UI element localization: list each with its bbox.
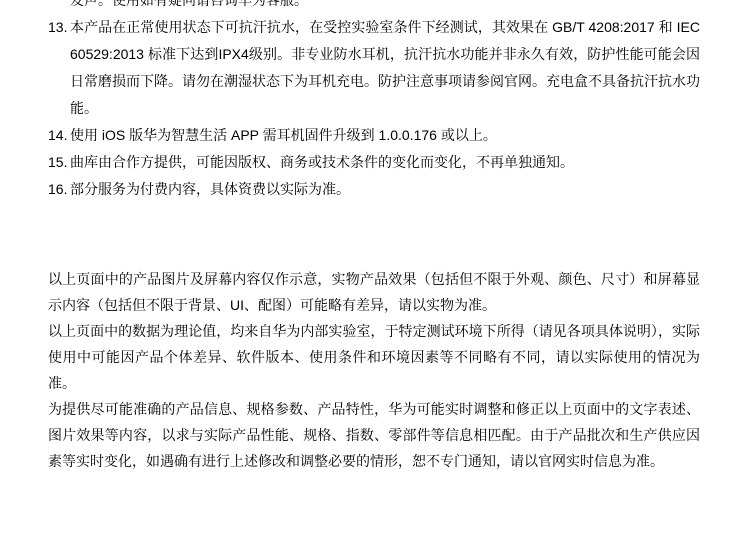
footnote-item-14: 14. 使用 iOS 版华为智慧生活 APP 需耳机固件升级到 1.0.0.17… — [48, 122, 700, 149]
footnote-text: 本产品在正常使用状态下可抗汗抗水，在受控实验室条件下经测试，其效果在 GB/T … — [70, 19, 700, 116]
footnote-number: 16. — [48, 176, 67, 203]
legal-paragraph-product-images: 以上页面中的产品图片及屏幕内容仅作示意，实物产品效果（包括但不限于外观、颜色、尺… — [48, 266, 700, 318]
footnote-item-15: 15. 曲库由合作方提供，可能因版权、商务或技术条件的变化而变化，不再单独通知。 — [48, 149, 700, 176]
footnote-item-16: 16. 部分服务为付费内容，具体资费以实际为准。 — [48, 176, 700, 203]
footnote-number: 15. — [48, 149, 67, 176]
footnote-12-continuation-line: 发声。使用如有疑问请咨询华为客服。 — [48, 0, 700, 14]
disclaimer-document: 发声。使用如有疑问请咨询华为客服。 13. 本产品在正常使用状态下可抗汗抗水，在… — [0, 0, 750, 474]
legal-paragraph-lab-data: 以上页面中的数据为理论值，均来自华为内部实验室，于特定测试环境下所得（请见各项具… — [48, 318, 700, 396]
legal-paragraph-spec-changes: 为提供尽可能准确的产品信息、规格参数、产品特性，华为可能实时调整和修正以上页面中… — [48, 396, 700, 474]
footnote-text: 部分服务为付费内容，具体资费以实际为准。 — [70, 181, 350, 197]
footnote-text: 使用 iOS 版华为智慧生活 APP 需耳机固件升级到 1.0.0.176 或以… — [70, 127, 497, 143]
footnote-number: 14. — [48, 122, 67, 149]
footnote-text: 曲库由合作方提供，可能因版权、商务或技术条件的变化而变化，不再单独通知。 — [70, 154, 574, 170]
legal-paragraphs: 以上页面中的产品图片及屏幕内容仅作示意，实物产品效果（包括但不限于外观、颜色、尺… — [48, 266, 700, 474]
footnote-number: 13. — [48, 14, 67, 41]
footnote-list: 13. 本产品在正常使用状态下可抗汗抗水，在受控实验室条件下经测试，其效果在 G… — [48, 14, 700, 203]
footnote-item-13: 13. 本产品在正常使用状态下可抗汗抗水，在受控实验室条件下经测试，其效果在 G… — [48, 14, 700, 122]
